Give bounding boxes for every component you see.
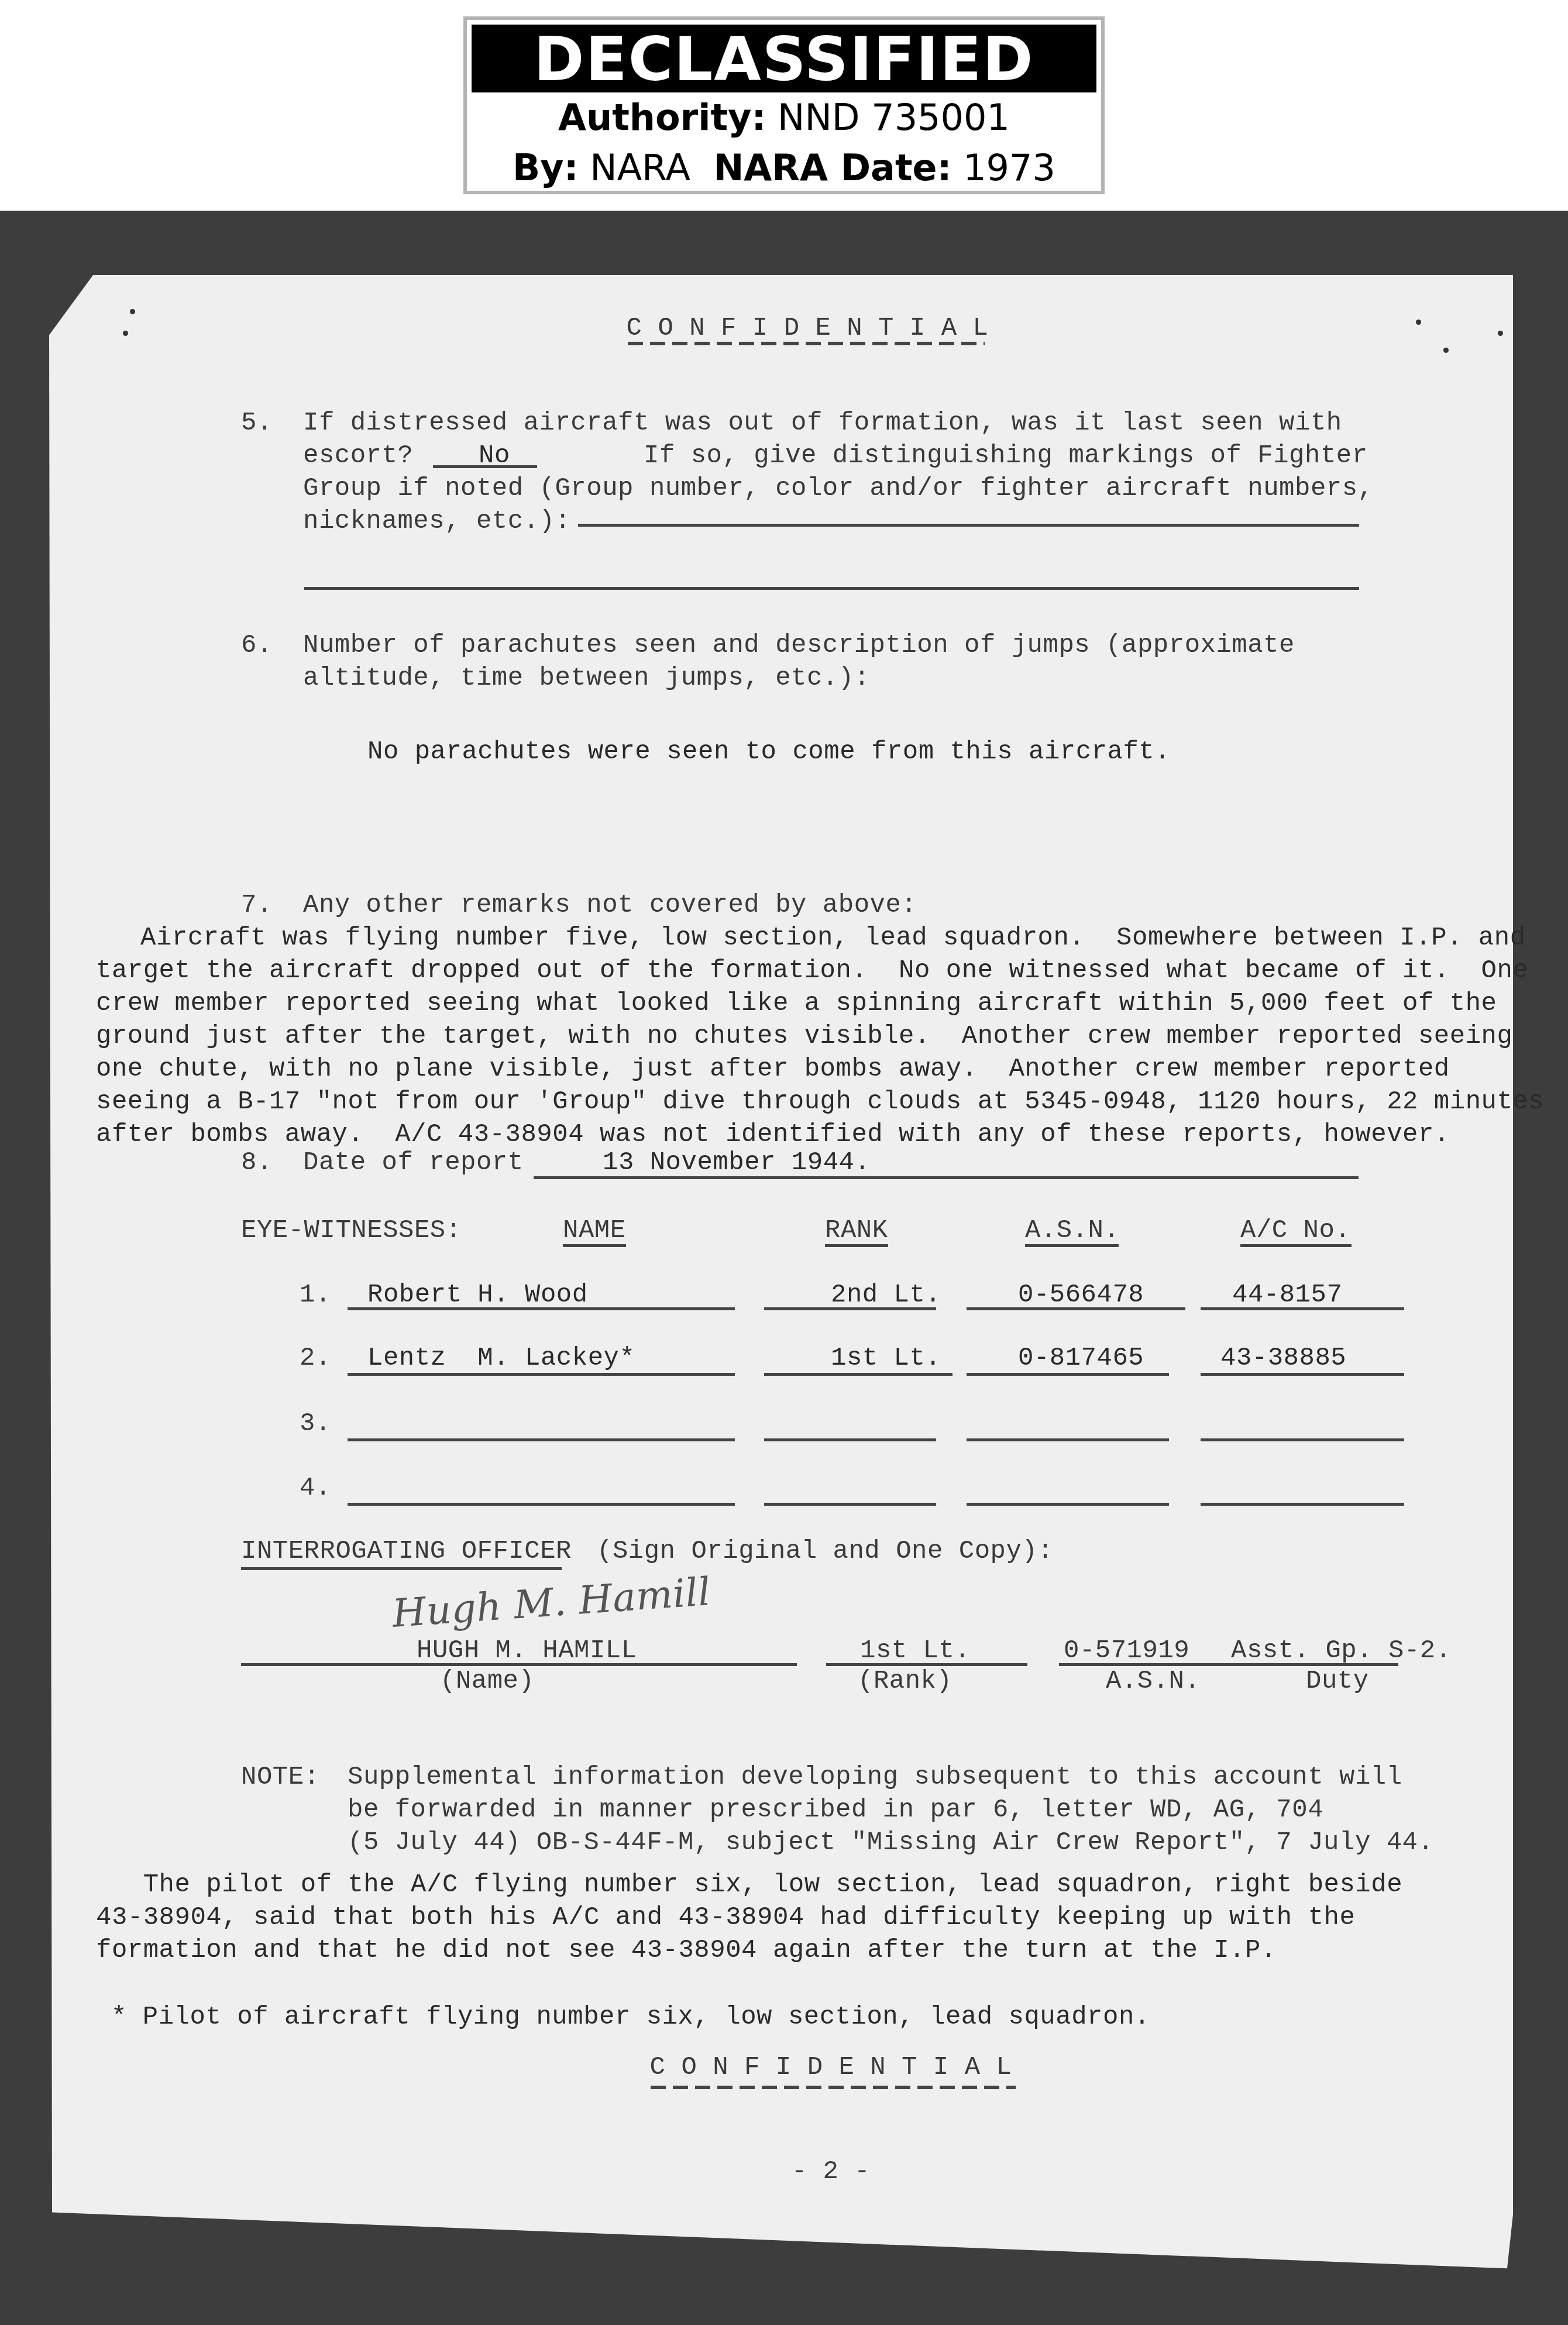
- speck: [123, 331, 128, 336]
- officer-rank-caption: (Rank): [858, 1667, 952, 1696]
- q7-number: 7.: [241, 891, 273, 920]
- witness-ac-number: 43-38885: [1220, 1344, 1346, 1373]
- stamp-title: DECLASSIFIED: [472, 25, 1096, 92]
- speck: [1416, 320, 1421, 325]
- q8-date-line: [534, 1176, 1359, 1179]
- witness-row-number: 2.: [300, 1344, 331, 1373]
- officer-name: HUGH M. HAMILL: [417, 1636, 637, 1665]
- officer-name-caption: (Name): [440, 1667, 534, 1696]
- name-line: [348, 1373, 735, 1376]
- witnesses-col-rank: RANK: [825, 1216, 888, 1245]
- ac-line: [1201, 1438, 1404, 1441]
- ac-line: [1201, 1307, 1404, 1310]
- witness-name: Robert H. Wood: [367, 1280, 588, 1310]
- note-line: (5 July 44) OB-S-44F-M, subject "Missing…: [348, 1828, 1433, 1857]
- classification-top: C O N F I D E N T I A L: [620, 314, 995, 343]
- addendum-line: formation and that he did not see 43-389…: [96, 1936, 1277, 1965]
- witness-asn: 0-566478: [1018, 1280, 1144, 1310]
- officer-instruction: (Sign Original and One Copy):: [597, 1537, 1053, 1566]
- officer-asn: 0-571919: [1064, 1636, 1189, 1665]
- q6-answer: No parachutes were seen to come from thi…: [367, 737, 1170, 767]
- name-line: [348, 1438, 735, 1441]
- officer-rank-line: [826, 1663, 1027, 1666]
- q5-line4: nicknames, etc.):: [303, 507, 570, 536]
- declassified-stamp: DECLASSIFIED Authority: NND 735001 By: N…: [463, 16, 1105, 194]
- witness-row-number: 4.: [300, 1474, 331, 1503]
- note-line: be forwarded in manner prescribed in par…: [348, 1795, 1323, 1825]
- asn-line: [967, 1438, 1169, 1441]
- q7-remarks-line: after bombs away. A/C 43-38904 was not i…: [96, 1120, 1450, 1149]
- document-page: [49, 275, 1513, 2276]
- officer-asn-caption: A.S.N.: [1106, 1667, 1200, 1696]
- name-line: [348, 1503, 735, 1506]
- speck: [1443, 348, 1449, 353]
- q5-number: 5.: [241, 408, 273, 438]
- officer-heading-underline: [241, 1567, 562, 1570]
- col-underline: [563, 1244, 626, 1247]
- ac-line: [1201, 1373, 1404, 1376]
- classification-underline: [628, 342, 985, 345]
- q8-label: Date of report: [303, 1148, 524, 1177]
- speck: [130, 309, 135, 314]
- q5-blank-line-2: [304, 587, 1359, 590]
- rank-line: [764, 1373, 953, 1376]
- witness-rank: 2nd Lt.: [831, 1280, 941, 1310]
- q6-line2: altitude, time between jumps, etc.):: [303, 664, 870, 693]
- officer-rank: 1st Lt.: [860, 1636, 970, 1665]
- q5-line1: If distressed aircraft was out of format…: [303, 408, 1342, 438]
- witness-name: Lentz M. Lackey*: [367, 1344, 635, 1373]
- witness-asn: 0-817465: [1018, 1344, 1144, 1373]
- col-underline: [825, 1244, 888, 1247]
- rank-line: [764, 1503, 936, 1506]
- rank-line: [764, 1438, 936, 1441]
- classification-underline: [651, 2086, 1016, 2089]
- q7-label: Any other remarks not covered by above:: [303, 891, 917, 920]
- q8-number: 8.: [241, 1148, 273, 1177]
- note-line: Supplemental information developing subs…: [348, 1763, 1402, 1792]
- q7-remarks-line: crew member reported seeing what looked …: [96, 989, 1497, 1018]
- officer-duty: Asst. Gp. S-2.: [1231, 1636, 1452, 1665]
- q6-line1: Number of parachutes seen and descriptio…: [303, 631, 1295, 660]
- witnesses-label: EYE-WITNESSES:: [241, 1216, 462, 1245]
- q5-blank-line-1: [578, 524, 1359, 527]
- q5-line3: Group if noted (Group number, color and/…: [303, 474, 1374, 503]
- footnote: * Pilot of aircraft flying number six, l…: [111, 2003, 1150, 2032]
- stamp-authority: Authority: NND 735001: [467, 92, 1101, 143]
- officer-name-line: [241, 1663, 797, 1666]
- col-underline: [1240, 1244, 1352, 1247]
- q7-remarks-line: seeing a B-17 "not from our 'Group" dive…: [96, 1087, 1544, 1117]
- stamp-by-date: By: NARA NARA Date: 1973: [467, 143, 1101, 193]
- q8-date-value: 13 November 1944.: [603, 1148, 870, 1177]
- witness-ac-number: 44-8157: [1232, 1280, 1342, 1310]
- addendum-line: 43-38904, said that both his A/C and 43-…: [96, 1903, 1355, 1932]
- asn-line: [967, 1307, 1185, 1310]
- officer-heading: INTERROGATING OFFICER: [241, 1537, 572, 1566]
- witnesses-col-ac: A/C No.: [1240, 1216, 1350, 1245]
- name-line: [348, 1307, 735, 1310]
- witness-rank: 1st Lt.: [831, 1344, 941, 1373]
- addendum-line: The pilot of the A/C flying number six, …: [96, 1870, 1402, 1900]
- q7-remarks-line: ground just after the target, with no ch…: [96, 1022, 1512, 1051]
- rank-line: [764, 1307, 936, 1310]
- classification-bottom: C O N F I D E N T I A L: [632, 2053, 1030, 2082]
- asn-line: [967, 1503, 1169, 1506]
- witness-row-number: 3.: [300, 1409, 331, 1438]
- q7-remarks-line: one chute, with no plane visible, just a…: [96, 1055, 1450, 1084]
- q5-answer-line: [433, 465, 537, 468]
- ac-line: [1201, 1503, 1404, 1506]
- q5-line2-prefix: escort?: [303, 441, 413, 471]
- q7-remarks-line: Aircraft was flying number five, low sec…: [140, 923, 1526, 953]
- q5-line2-suffix: If so, give distinguishing markings of F…: [644, 441, 1368, 471]
- note-label: NOTE:: [241, 1763, 320, 1792]
- speck: [1498, 331, 1503, 336]
- witness-row-number: 1.: [300, 1280, 331, 1310]
- officer-duty-caption: Duty: [1306, 1667, 1369, 1696]
- q6-number: 6.: [241, 631, 273, 660]
- witnesses-col-asn: A.S.N.: [1025, 1216, 1119, 1245]
- q7-remarks-line: target the aircraft dropped out of the f…: [96, 956, 1528, 985]
- asn-line: [967, 1373, 1169, 1376]
- page-number: - 2 -: [725, 2157, 936, 2186]
- col-underline: [1025, 1244, 1119, 1247]
- witnesses-col-name: NAME: [563, 1216, 626, 1245]
